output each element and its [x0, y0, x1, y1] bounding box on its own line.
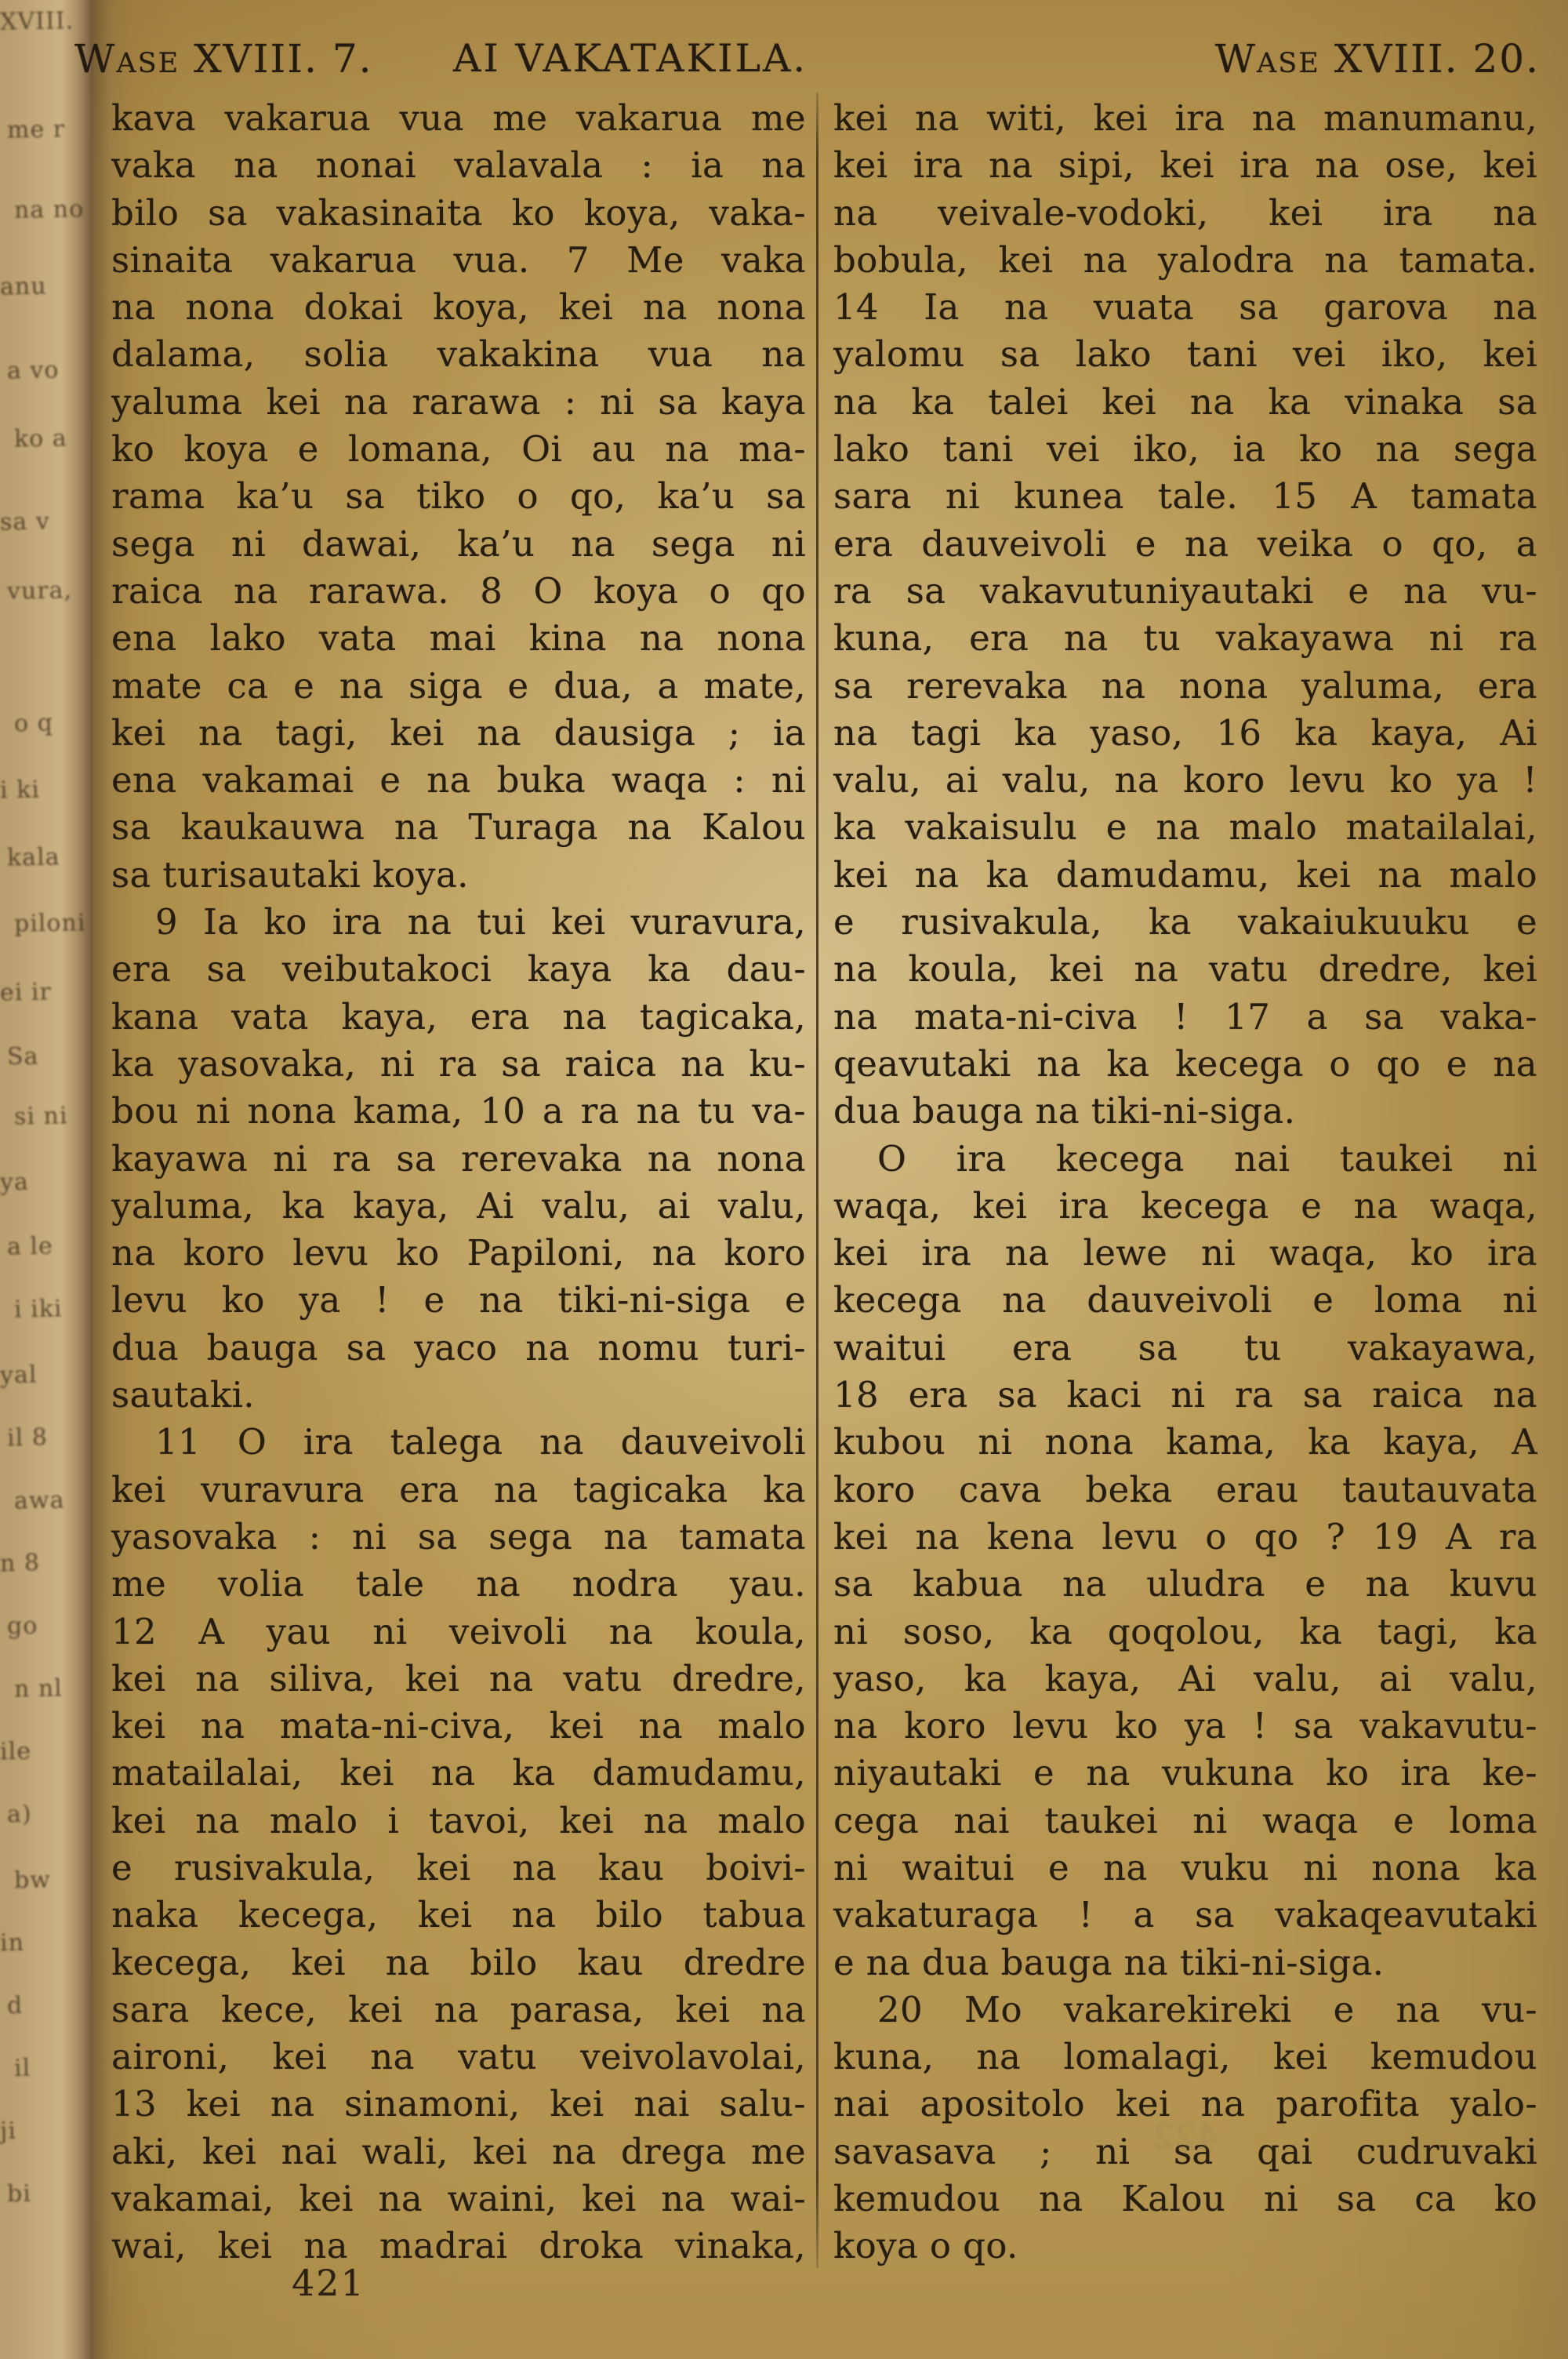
text-line: sa turisautaki koya.: [111, 852, 806, 899]
gutter-text-fragment: ya: [0, 1169, 29, 1197]
text-line: kei na kena levu o qo ? 19 A ra: [833, 1514, 1537, 1561]
text-line: ni soso, ka qoqolou, ka tagi, ka: [833, 1608, 1537, 1656]
gutter-text-fragment: a le: [7, 1232, 53, 1260]
text-line: kei ira na lewe ni waqa, ko ira: [833, 1230, 1537, 1277]
text-line: 12 A yau ni veivoli na koula,: [111, 1608, 806, 1656]
gutter-text-fragment: yal: [0, 1361, 38, 1390]
gutter-text-fragment: ile: [0, 1738, 31, 1766]
text-line: raica na rarawa. 8 O koya o qo: [111, 568, 806, 615]
gutter-text-fragment: il 8: [7, 1424, 48, 1452]
text-line: kei na ka damudamu, kei na malo: [833, 852, 1537, 899]
text-line: yaluma kei na rarawa : ni sa kaya: [111, 379, 806, 426]
page-number: 421: [292, 2262, 365, 2304]
text-line: kecega, kei na bilo kau dredre: [111, 1939, 806, 1986]
text-line: niyautaki e na vukuna ko ira ke-: [833, 1750, 1537, 1797]
text-line: ka vakaisulu e na malo matailalai,: [833, 804, 1537, 851]
gutter-text-fragment: ko a: [14, 424, 67, 453]
text-line: me volia tale na nodra yau.: [111, 1561, 806, 1608]
gutter-text-fragment: XVIII.: [0, 7, 74, 36]
text-line: kuna, na lomalagi, kei kemudou: [833, 2034, 1537, 2081]
text-line: kei na tagi, kei na dausiga ; ia: [111, 710, 806, 757]
text-line: vakaturaga ! a sa vakaqeavutaki: [833, 1892, 1537, 1939]
text-line: koro cava beka erau tautauvata: [833, 1467, 1537, 1514]
running-head-chapter-left: Wase XVIII. 7.: [74, 36, 373, 82]
text-line: sa kabua na uludra e na kuvu: [833, 1561, 1537, 1608]
text-line: era dauveivoli e na veika o qo, a: [833, 521, 1537, 568]
text-line: kuna, era na tu vakayawa ni ra: [833, 615, 1537, 662]
gutter-text-fragment: kala: [7, 843, 60, 871]
text-line: yasovaka : ni sa sega na tamata: [111, 1514, 806, 1561]
text-line: kei na siliva, kei na vatu dredre,: [111, 1656, 806, 1703]
gutter-text-fragment: ei ir: [0, 978, 52, 1006]
text-column-right: kei na witi, kei ira na manumanu,kei ira…: [833, 95, 1537, 2270]
gutter-text-fragment: anu: [0, 272, 47, 300]
text-line: 14 Ia na vuata sa garova na: [833, 284, 1537, 331]
book-title: AI VAKATAKILA.: [453, 36, 808, 81]
text-line: kayawa ni ra sa rerevaka na nona: [111, 1136, 806, 1183]
text-line: levu ko ya ! e na tiki-ni-siga e: [111, 1277, 806, 1324]
text-line: yaso, ka kaya, Ai valu, ai valu,: [833, 1656, 1537, 1703]
gutter-text-fragment: d: [7, 1992, 24, 2019]
text-line: 9 Ia ko ira na tui kei vuravura,: [111, 899, 806, 946]
text-line: bilo sa vakasinaita ko koya, vaka-: [111, 190, 806, 237]
text-line: yalomu sa lako tani vei iko, kei: [833, 331, 1537, 378]
text-line: na veivale-vodoki, kei ira na: [833, 190, 1537, 237]
text-line: sara kece, kei na parasa, kei na: [111, 1986, 806, 2034]
text-line: sara ni kunea tale. 15 A tamata: [833, 473, 1537, 520]
text-line: kei vuravura era na tagicaka ka: [111, 1467, 806, 1514]
text-line: kecega na dauveivoli e loma ni: [833, 1277, 1537, 1324]
text-line: kei ira na sipi, kei ira na ose, kei: [833, 142, 1537, 189]
text-line: bobula, kei na yalodra na tamata.: [833, 237, 1537, 284]
text-line: 13 kei na sinamoni, kei nai salu-: [111, 2081, 806, 2128]
gutter-text-fragment: awa: [14, 1486, 65, 1514]
text-line: kei na malo i tavoi, kei na malo: [111, 1797, 806, 1845]
gutter-text-fragment: in: [0, 1929, 24, 1957]
gutter-text-fragment: bw: [14, 1866, 51, 1895]
text-line: kava vakarua vua me vakarua me: [111, 95, 806, 142]
gutter-text-fragment: Sa: [7, 1043, 39, 1071]
text-line: vakamai, kei na waini, kei na wai-: [111, 2175, 806, 2223]
text-line: koya o qo.: [833, 2223, 1537, 2270]
scanned-book-page: XVIII.me rna noanua voko asa vvura,o qi …: [0, 0, 1568, 2359]
gutter-text-fragment: bi: [7, 2180, 31, 2208]
text-line: yaluma, ka kaya, Ai valu, ai valu,: [111, 1183, 806, 1230]
text-line: sautaki.: [111, 1372, 806, 1419]
gutter-text-fragment: me r: [7, 115, 66, 144]
text-line: ko koya e lomana, Oi au na ma-: [111, 426, 806, 473]
text-line: kana vata kaya, era na tagicaka,: [111, 994, 806, 1041]
text-line: matailalai, kei na ka damudamu,: [111, 1750, 806, 1797]
gutter-text-fragment: n 8: [0, 1550, 40, 1578]
text-line: kemudou na Kalou ni sa ca ko: [833, 2175, 1537, 2223]
text-line: ni waitui e na vuku ni nona ka: [833, 1845, 1537, 1892]
text-line: naka kecega, kei na bilo tabua: [111, 1892, 806, 1939]
gutter-text-fragment: il: [14, 2055, 31, 2082]
text-line: aironi, kei na vatu veivolavolai,: [111, 2034, 806, 2081]
text-line: qeavutaki na ka kecega o qo e na: [833, 1041, 1537, 1088]
text-line: ka yasovaka, ni ra sa raica na ku-: [111, 1041, 806, 1088]
text-line: lako tani vei iko, ia ko na sega: [833, 426, 1537, 473]
book-gutter-facing-page: XVIII.me rna noanua voko asa vvura,o qi …: [0, 0, 93, 2359]
text-line: cega nai taukei ni waqa e loma: [833, 1797, 1537, 1845]
text-line: waqa, kei ira kecega e na waqa,: [833, 1183, 1537, 1230]
gutter-text-fragment: go: [7, 1612, 38, 1641]
gutter-text-fragment: sa v: [0, 507, 50, 536]
text-line: na koro levu ko Papiloni, na koro: [111, 1230, 806, 1277]
text-line: kei na mata-ni-civa, kei na malo: [111, 1703, 806, 1750]
text-line: na ka talei kei na ka vinaka sa: [833, 379, 1537, 426]
text-line: vaka na nonai valavala : ia na: [111, 142, 806, 189]
gutter-text-fragment: piloni: [14, 909, 86, 938]
text-line: wai, kei na madrai droka vinaka,: [111, 2223, 806, 2270]
text-line: sinaita vakarua vua. 7 Me vaka: [111, 237, 806, 284]
gutter-text-fragment: i iki: [14, 1295, 63, 1323]
gutter-text-fragment: a): [7, 1801, 32, 1829]
text-line: dua bauga sa yaco na nomu turi-: [111, 1325, 806, 1372]
text-line: sa kaukauwa na Turaga na Kalou: [111, 804, 806, 851]
text-line: O ira kecega nai taukei ni: [833, 1136, 1537, 1183]
text-line: aki, kei nai wali, kei na drega me: [111, 2128, 806, 2175]
text-line: e na dua bauga na tiki-ni-siga.: [833, 1939, 1537, 1986]
text-line: 11 O ira talega na dauveivoli: [111, 1419, 806, 1466]
gutter-text-fragment: n nl: [14, 1674, 63, 1703]
text-line: na mata-ni-civa ! 17 a sa vaka-: [833, 994, 1537, 1041]
text-line: ra sa vakavutuniyautaki e na vu-: [833, 568, 1537, 615]
text-line: valu, ai valu, na koro levu ko ya !: [833, 757, 1537, 804]
text-line: era sa veibutakoci kaya ka dau-: [111, 946, 806, 993]
text-line: ena vakamai e na buka waqa : ni: [111, 757, 806, 804]
column-divider-rule: [816, 93, 818, 2268]
text-line: kei na witi, kei ira na manumanu,: [833, 95, 1537, 142]
gutter-text-fragment: ji: [0, 2117, 16, 2145]
text-line: 18 era sa kaci ni ra sa raica na: [833, 1372, 1537, 1419]
text-line: rama ka’u sa tiko o qo, ka’u sa: [111, 473, 806, 520]
gutter-text-fragment: si ni: [14, 1102, 68, 1130]
gutter-text-fragment: o q: [14, 710, 53, 738]
text-line: na koro levu ko ya ! sa vakavutu-: [833, 1703, 1537, 1750]
gutter-text-fragment: vura,: [7, 576, 73, 605]
gutter-text-fragment: na no: [14, 195, 85, 224]
gutter-text-fragment: i ki: [0, 776, 40, 805]
gutter-text-fragment: a vo: [7, 356, 60, 384]
text-line: dalama, solia vakakina vua na: [111, 331, 806, 378]
text-line: e rusivakula, kei na kau boivi-: [111, 1845, 806, 1892]
text-line: mate ca e na siga e dua, a mate,: [111, 663, 806, 710]
text-line: na koula, kei na vatu dredre, kei: [833, 946, 1537, 993]
text-column-left: kava vakarua vua me vakarua mevaka na no…: [111, 95, 806, 2270]
running-head: Wase XVIII. 7. AI VAKATAKILA. Wase XVIII…: [0, 36, 1568, 86]
text-line: bou ni nona kama, 10 a ra na tu va-: [111, 1088, 806, 1135]
text-line: kubou ni nona kama, ka kaya, A: [833, 1419, 1537, 1466]
show-through-page-number: 422: [1152, 2117, 1218, 2157]
text-line: ena lako vata mai kina na nona: [111, 615, 806, 662]
text-line: waitui era sa tu vakayawa,: [833, 1325, 1537, 1372]
text-line: 20 Mo vakarekireki e na vu-: [833, 1986, 1537, 2034]
text-line: na tagi ka yaso, 16 ka kaya, Ai: [833, 710, 1537, 757]
text-line: e rusivakula, ka vakaiukuuku e: [833, 899, 1537, 946]
text-line: sega ni dawai, ka’u na sega ni: [111, 521, 806, 568]
running-head-chapter-right: Wase XVIII. 20.: [1215, 36, 1540, 82]
text-line: na nona dokai koya, kei na nona: [111, 284, 806, 331]
text-line: dua bauga na tiki-ni-siga.: [833, 1088, 1537, 1135]
text-line: sa rerevaka na nona yaluma, era: [833, 663, 1537, 710]
